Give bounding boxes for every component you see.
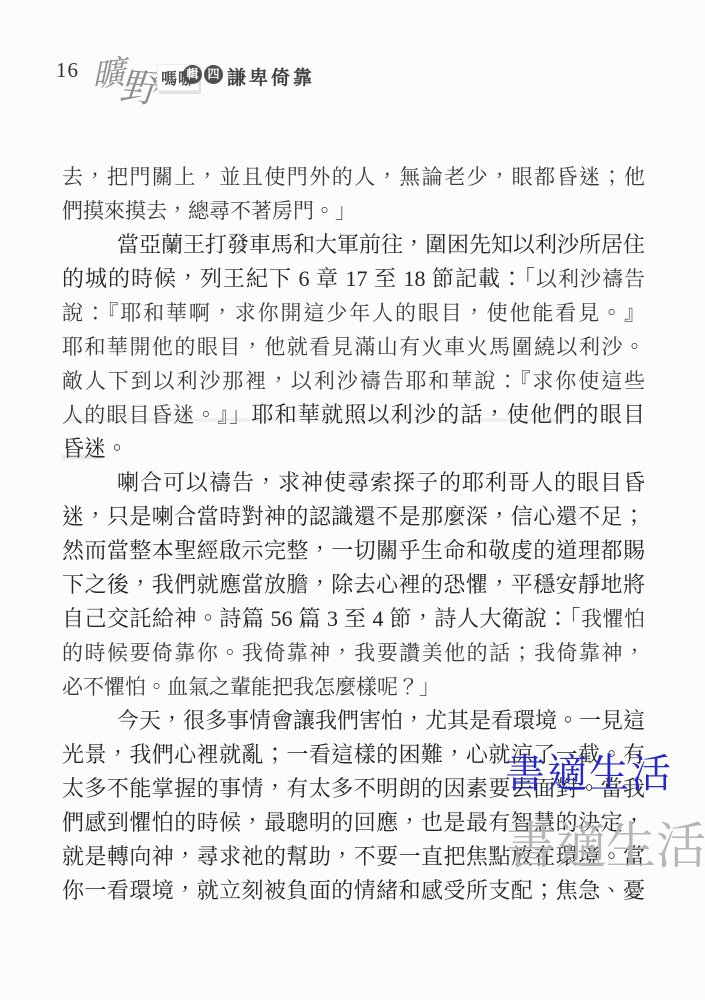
body-text: 耶和華就照以利沙的話，使他們的眼目 xyxy=(251,402,645,427)
logo-char-ye: 野 xyxy=(118,55,162,114)
text-line: 們摸來摸去，總尋不著房門。」 xyxy=(62,194,645,228)
text-line: 自己交託給神。詩篇 56 篇 3 至 4 節，詩人大衛說：「我懼怕 xyxy=(62,602,645,636)
scripture-quote-text: 以利沙禱告 xyxy=(536,267,645,291)
text-line: 昏迷。 xyxy=(62,432,645,466)
body-text: 的城的時候，列王紀下 6 章 17 至 18 節記載：「 xyxy=(62,266,536,291)
scripture-quote-text: 的時候要倚靠你。我倚靠神，我要讚美他的話；我倚靠神， xyxy=(62,641,645,665)
body-text: 當亞蘭王打發車馬和大軍前往，圍困先知以利沙所居住 xyxy=(117,232,645,257)
scripture-quote-text: 必不懼怕。血氣之輩能把我怎麼樣呢？」 xyxy=(62,675,440,699)
page-number: 16 xyxy=(56,58,79,83)
text-line: 迷，只是喇合當時對神的認識還不是那麼深，信心還不足； xyxy=(62,500,645,534)
text-line: 當亞蘭王打發車馬和大軍前往，圍困先知以利沙所居住 xyxy=(62,228,645,262)
body-text: 然而當整本聖經啟示完整，一切關乎生命和敬虔的道理都賜 xyxy=(62,538,645,563)
scripture-quote-text: 我懼怕 xyxy=(581,607,645,631)
body-text: 自己交託給神。詩篇 56 篇 3 至 4 節，詩人大衛說：「 xyxy=(62,606,581,631)
text-line: 喇合可以禱告，求神使尋索探子的耶利哥人的眼目昏 xyxy=(62,466,645,500)
scripture-quote-text: 去，把門關上，並且使門外的人，無論老少，眼都昏迷；他 xyxy=(62,165,645,189)
kuangye-manna-logo: 曠 野 xyxy=(90,42,164,102)
text-line: 的時候要倚靠你。我倚靠神，我要讚美他的話；我倚靠神， xyxy=(62,636,645,670)
body-text: 昏迷。 xyxy=(62,436,128,461)
text-line: 必不懼怕。血氣之輩能把我怎麼樣呢？」 xyxy=(62,670,645,704)
text-line: 你一看環境，就立刻被負面的情緒和感受所支配；焦急、憂 xyxy=(62,874,645,908)
scripture-quote-text: 們摸來摸去，總尋不著房門。」 xyxy=(62,199,356,223)
book-page: 16 曠 野 嗎哪 輯 四 謙卑倚靠 去，把門關上，並且使門外的人，無論老少，眼… xyxy=(0,0,705,1000)
text-line: 耶和華開他的眼目，他就看見滿山有火車火馬圍繞以利沙。 xyxy=(62,330,645,364)
text-line: 敵人下到以利沙那裡，以利沙禱告耶和華說：『求你使這些 xyxy=(62,364,645,398)
body-text: 下之後，我們就應當放膽，除去心裡的恐懼，平穩安靜地將 xyxy=(62,572,645,597)
text-line: 去，把門關上，並且使門外的人，無論老少，眼都昏迷；他 xyxy=(62,160,645,194)
body-text: 你一看環境，就立刻被負面的情緒和感受所支配；焦急、憂 xyxy=(62,878,645,903)
scripture-quote-text: 耶和華開他的眼目，他就看見滿山有火車火馬圍繞以利沙。 xyxy=(62,335,645,359)
text-line: 然而當整本聖經啟示完整，一切關乎生命和敬虔的道理都賜 xyxy=(62,534,645,568)
watermark-gray: 書適生活 xyxy=(506,806,705,878)
text-line: 今天，很多事情會讓我們害怕，尤其是看環境。一見這 xyxy=(62,704,645,738)
text-line: 下之後，我們就應當放膽，除去心裡的恐懼，平穩安靜地將 xyxy=(62,568,645,602)
body-text: 迷，只是喇合當時對神的認識還不是那麼深，信心還不足； xyxy=(62,504,645,529)
scripture-quote-text: 敵人下到以利沙那裡，以利沙禱告耶和華說：『求你使這些 xyxy=(62,369,645,393)
series-badge-four: 四 xyxy=(204,65,223,84)
series-badge-ji: 輯 xyxy=(183,65,202,84)
text-line: 說：『耶和華啊，求你開這少年人的眼目，使他能看見。』 xyxy=(62,296,645,330)
series-title: 謙卑倚靠 xyxy=(227,63,315,90)
body-text: 喇合可以禱告，求神使尋索探子的耶利哥人的眼目昏 xyxy=(117,470,645,495)
text-line: 人的眼目昏迷。』」耶和華就照以利沙的話，使他們的眼目 xyxy=(62,398,645,432)
body-text: 今天，很多事情會讓我們害怕，尤其是看環境。一見這 xyxy=(117,708,645,733)
text-line: 的城的時候，列王紀下 6 章 17 至 18 節記載：「以利沙禱告 xyxy=(62,262,645,296)
watermark-blue: 書適生活 xyxy=(505,742,673,799)
scripture-quote-text: 說：『耶和華啊，求你開這少年人的眼目，使他能看見。』 xyxy=(62,301,645,325)
scripture-quote-text: 人的眼目昏迷。』」 xyxy=(62,403,251,427)
